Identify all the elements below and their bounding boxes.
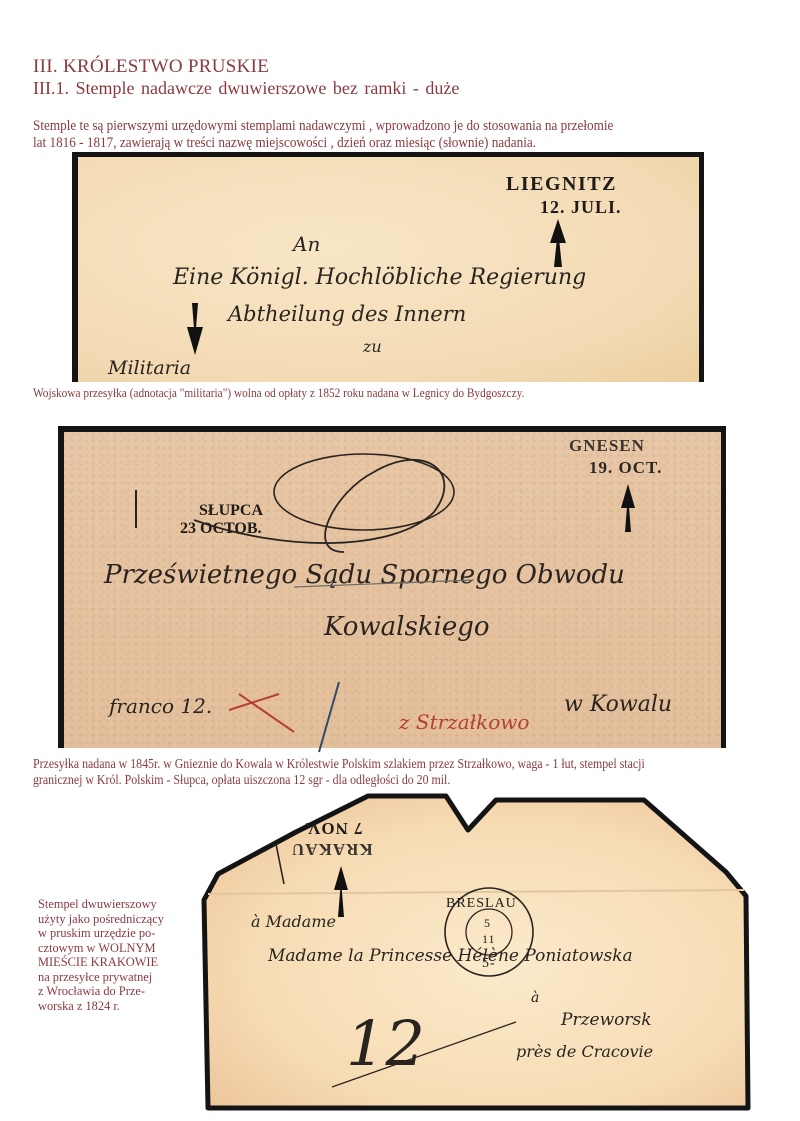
subsection-heading: III.1. Stemple nadawcze dwuwierszowe bez… bbox=[33, 78, 459, 99]
side-note-krakau: Stempel dwuwierszowy użyty jako pośredni… bbox=[38, 897, 164, 1013]
cover-liegnitz: LIEGNITZ 12. JULI. An Eine Königl. Hochl… bbox=[72, 152, 704, 382]
side-note-line: MIEŚCIE KRAKOWIE bbox=[38, 955, 164, 970]
side-note-line: worska z 1824 r. bbox=[38, 999, 164, 1014]
side-note-line: użyty jako pośredniczący bbox=[38, 912, 164, 927]
side-note-line: Stempel dwuwierszowy bbox=[38, 897, 164, 912]
side-note-line: w pruskim urzędzie po- bbox=[38, 926, 164, 941]
caption-line: Przesyłka nadana w 1845r. w Gnieznie do … bbox=[33, 756, 645, 772]
intro-line: lat 1816 - 1817, zawierają w treści nazw… bbox=[33, 135, 740, 152]
intro-line: Stemple te są pierwszymi urzędowymi stem… bbox=[33, 118, 740, 135]
arrow-icon bbox=[196, 792, 756, 1114]
arrow-icon bbox=[78, 157, 710, 387]
caption-liegnitz: Wojskowa przesyłka (adnotacja "militaria… bbox=[33, 386, 524, 401]
side-note-line: na przesyłce prywatnej bbox=[38, 970, 164, 985]
caption-line: granicznej w Król. Polskim - Słupca, opł… bbox=[33, 772, 645, 788]
side-note-line: cztowym w WOLNYM bbox=[38, 941, 164, 956]
intro-paragraph: Stemple te są pierwszymi urzędowymi stem… bbox=[33, 118, 740, 152]
side-note-line: z Wrocławia do Prze- bbox=[38, 984, 164, 999]
section-heading: III. KRÓLESTWO PRUSKIE bbox=[33, 56, 269, 78]
caption-gnesen: Przesyłka nadana w 1845r. w Gnieznie do … bbox=[33, 756, 645, 788]
cover-gnesen: GNESEN 19. OCT. SŁUPCA 23 OCTOB. Prześwi… bbox=[58, 426, 726, 748]
cover-krakau: KRAKAU 7 NOV. BRESLAU 5 11 5- à Madame M… bbox=[196, 792, 756, 1114]
arrow-icon bbox=[64, 432, 732, 754]
